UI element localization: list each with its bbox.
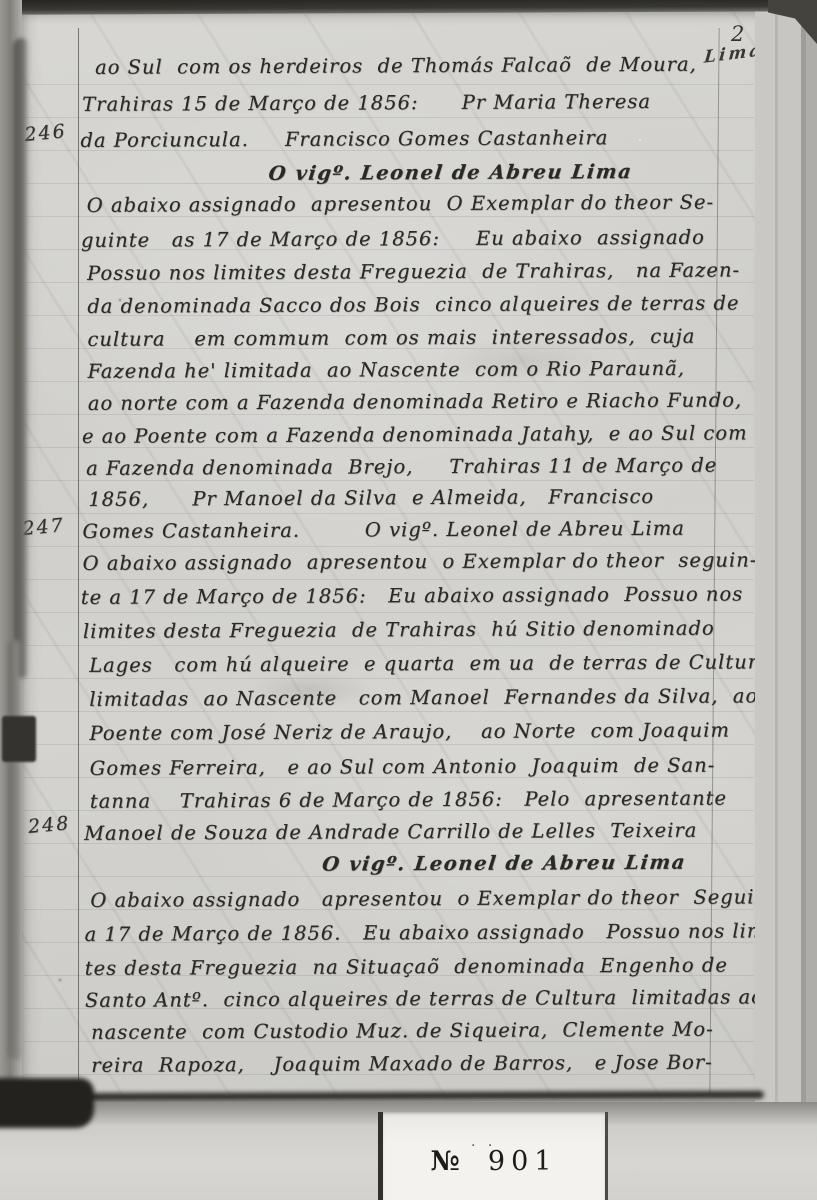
manuscript-text-layer: ao Sul com os herdeiros de Thomás Falcaõ… — [0, 0, 817, 1200]
margin-entry-number: 246 — [23, 120, 67, 146]
manuscript-line: Fazenda he' limitada ao Nascente com o R… — [88, 356, 685, 385]
numero-sign: № — [431, 1146, 462, 1177]
bottom-left-dark-blob — [0, 1078, 94, 1128]
number-card: · · № 901 — [378, 1112, 608, 1200]
scanned-register-photo: ao Sul com os herdeiros de Thomás Falcaõ… — [0, 0, 817, 1200]
manuscript-line: ao norte com a Fazenda denominada Retiro… — [88, 387, 742, 416]
manuscript-line: O abaixo assignado apresentou o Exemplar… — [90, 884, 789, 914]
margin-entry-number: 248 — [27, 812, 71, 838]
manuscript-line: Lages com hú alqueire e quarta em ua de … — [89, 649, 771, 679]
manuscript-line: da Porciuncula. Francisco Gomes Castanhe… — [80, 125, 608, 154]
manuscript-line: limites desta Freguezia de Trahiras hú S… — [83, 616, 715, 645]
manuscript-line: tes desta Freguezia na Situaçaõ denomina… — [85, 953, 728, 982]
manuscript-line: a Fazenda denominada Brejo, Trahiras 11 … — [86, 453, 717, 482]
manuscript-line: O abaixo assignado apresentou o Exemplar… — [83, 547, 758, 577]
binding-curl-shadow-lower — [8, 640, 22, 1060]
manuscript-line: guinte as 17 de Março de 1856: Eu abaixo… — [81, 225, 705, 254]
binding-curl-shadow — [13, 38, 29, 678]
card-number: 901 — [488, 1146, 558, 1177]
manuscript-line: da denominada Sacco dos Bois cinco alque… — [87, 290, 739, 319]
manuscript-line: Poente com José Neriz de Araujo, ao Nort… — [89, 718, 730, 747]
manuscript-line: Gomes Ferreira, e ao Sul com Antonio Joa… — [90, 753, 716, 782]
manuscript-line: Possuo nos limites desta Freguezia de Tr… — [87, 257, 740, 286]
manuscript-line: e ao Poente com a Fazenda denominada Jat… — [82, 420, 748, 449]
manuscript-line: O abaixo assignado apresentou O Exemplar… — [87, 190, 714, 219]
vicar-signature-line: O vigº. Leonel de Abreu Lima — [267, 159, 634, 187]
card-label: № 901 — [383, 1146, 605, 1177]
manuscript-line: Santo Antº. cinco alqueires de terras de… — [85, 984, 764, 1014]
vicar-signature-line: O vigº. Leonel de Abreu Lima — [321, 850, 688, 878]
manuscript-line: Trahiras 15 de Março de 1856: Pr Maria T… — [82, 89, 651, 118]
manuscript-line: a 17 de Março de 1856. Eu abaixo assigna… — [85, 918, 782, 948]
manuscript-line: cultura em commum com os mais interessad… — [87, 324, 695, 353]
manuscript-line: Gomes Castanheira. O vigº. Leonel de Abr… — [82, 516, 684, 545]
manuscript-line: 1856, Pr Manoel da Silva e Almeida, Fran… — [88, 484, 654, 513]
binding-tab-mark — [2, 716, 36, 762]
manuscript-line: tanna Trahiras 6 de Março de 1856: Pelo … — [90, 786, 727, 815]
manuscript-line: Manoel de Souza de Andrade Carrillo de L… — [84, 818, 697, 847]
manuscript-line: reira Rapoza, Joaquim Maxado de Barros, … — [91, 1050, 713, 1079]
manuscript-line: limitadas ao Nascente com Manoel Fernand… — [89, 683, 758, 713]
underlying-page-edges — [755, 4, 817, 1104]
manuscript-line: te a 17 de Março de 1856: Eu abaixo assi… — [81, 581, 744, 610]
manuscript-line: nascente com Custodio Muz. de Siqueira, … — [91, 1017, 714, 1046]
manuscript-line: ao Sul com os herdeiros de Thomás Falcaõ… — [95, 52, 697, 81]
